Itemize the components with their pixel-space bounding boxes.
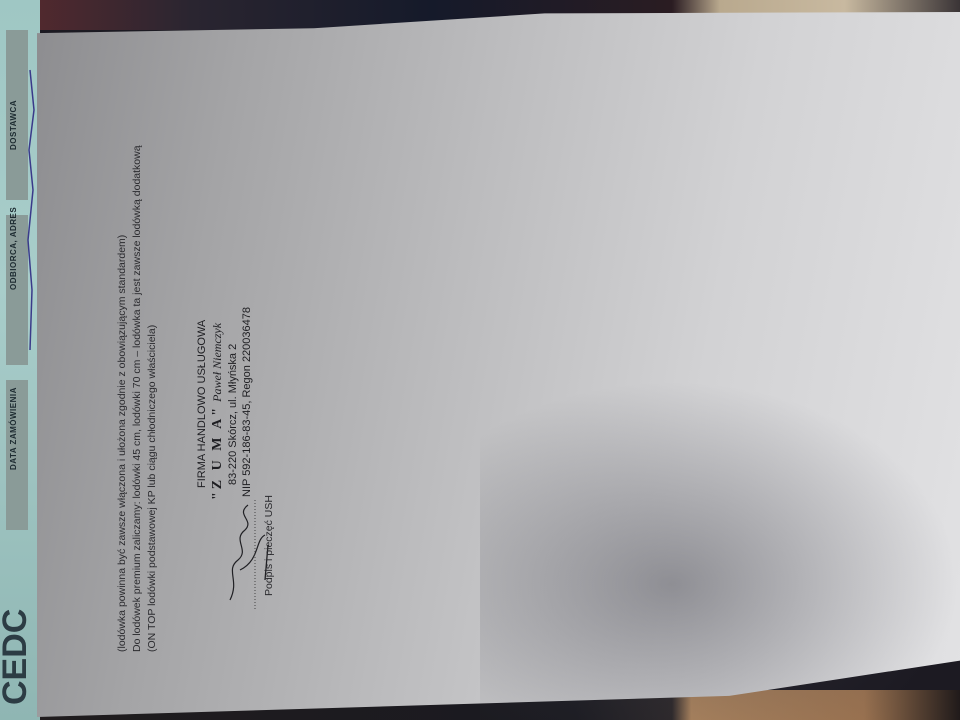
note-line-1: (lodówka powinna być zawsze włączona i u… <box>115 235 130 652</box>
note-line-2: Do lodówek premium zaliczamy: lodówki 45… <box>130 145 145 652</box>
stamp-address: 83-220 Skórcz, ul. Młyńska 2 <box>226 344 240 485</box>
stamp-name: "Z U M A" <box>210 405 225 500</box>
signature-icon <box>220 500 300 610</box>
stamp-title: FIRMA HANDLOWO USŁUGOWA <box>195 320 209 488</box>
handwritten-scribble-icon <box>0 40 40 360</box>
stamp-ids: NIP 592-186-83-45, Regon 220036478 <box>240 307 254 497</box>
note-line-3: (ON TOP lodówki podstawowej KP lub ciągu… <box>145 325 160 652</box>
stamp-name-row: "Z U M A" Paweł Niemczyk <box>210 323 225 500</box>
stamp-owner: Paweł Niemczyk <box>210 323 224 402</box>
shadow <box>480 380 960 720</box>
logo: CEDC <box>0 609 35 705</box>
strip-label-order-date: DATA ZAMÓWIENIA <box>9 387 18 470</box>
signature-label: Podpis i pieczęć USH <box>262 495 277 596</box>
